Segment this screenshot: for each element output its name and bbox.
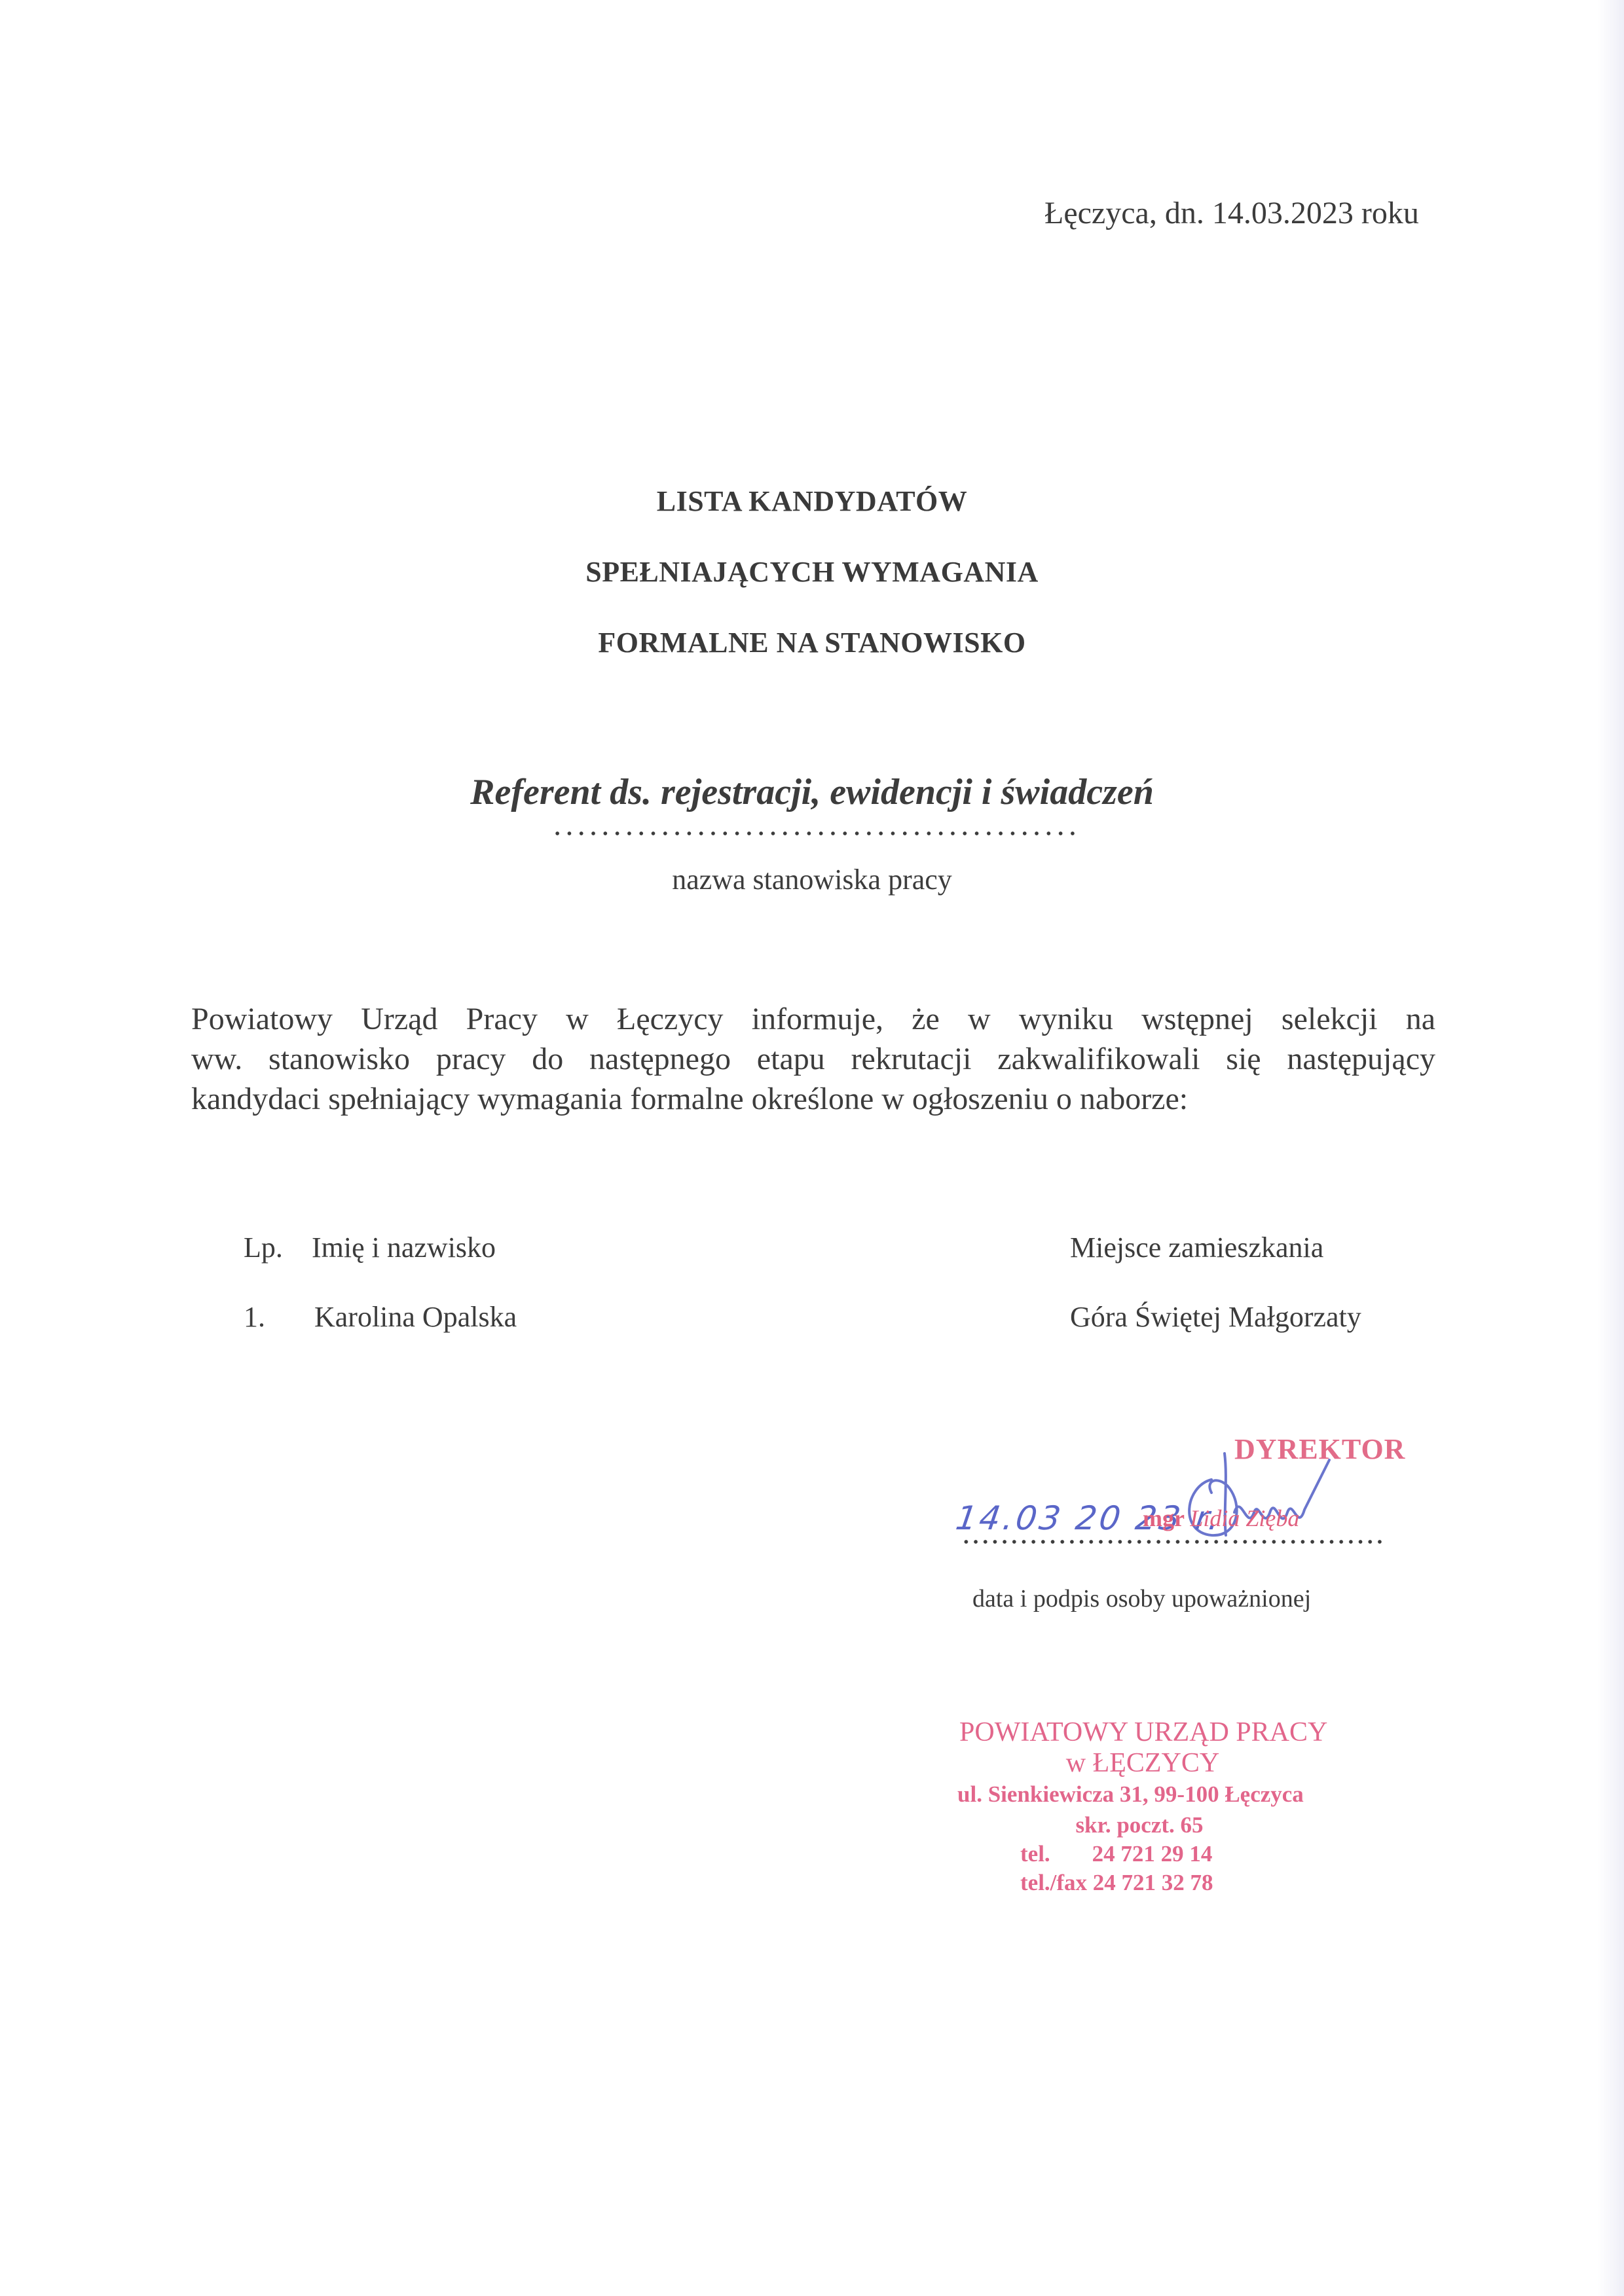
table-row: 1. Karolina Opalska Góra Świętej Małgorz… (244, 1300, 1409, 1370)
row-lp: 1. (244, 1300, 265, 1334)
header-place: Miejsce zamieszkania (1070, 1231, 1323, 1264)
stamp-phone-value: 24 721 29 14 (1092, 1841, 1213, 1867)
document-title-line-1: LISTA KANDYDATÓW (0, 484, 1624, 518)
office-stamp: POWIATOWY URZĄD PRACY w ŁĘCZYCY ul. Sien… (943, 1717, 1388, 1897)
paragraph-line: Powiatowy Urząd Pracy w Łęczycy informuj… (191, 999, 1435, 1039)
stamp-fax-label: tel./fax (1020, 1870, 1087, 1895)
stamp-po-box: skr. poczt. 65 (891, 1811, 1388, 1840)
stamp-address: ul. Sienkiewicza 31, 99-100 Łęczyca (943, 1778, 1388, 1811)
signatory-title: mgr (1143, 1505, 1184, 1531)
header-name: Imię i nazwisko (312, 1231, 496, 1264)
paragraph-line: kandydaci spełniający wymagania formalne… (191, 1079, 1435, 1119)
document-page: Łęczyca, dn. 14.03.2023 roku LISTA KANDY… (0, 0, 1624, 2296)
paragraph-line: ww. stanowisko pracy do następnego etapu… (191, 1039, 1435, 1079)
scan-edge-shading (1598, 0, 1624, 2296)
stamp-fax-value: 24 721 32 78 (1093, 1870, 1213, 1895)
document-title-line-3: FORMALNE NA STANOWISKO (0, 626, 1624, 659)
signatory-name: Lidia Zięba (1190, 1505, 1299, 1531)
position-name: Referent ds. rejestracji, ewidencji i św… (0, 771, 1624, 813)
place-and-date: Łęczyca, dn. 14.03.2023 roku (1044, 195, 1419, 231)
stamp-office-name: POWIATOWY URZĄD PRACY (943, 1717, 1388, 1748)
stamp-fax: tel./fax 24 721 32 78 (943, 1868, 1388, 1897)
position-dotted-line (551, 830, 1082, 837)
row-place: Góra Świętej Małgorzaty (1070, 1300, 1361, 1334)
signature-dotted-line (961, 1539, 1386, 1545)
document-title-line-2: SPEŁNIAJĄCYCH WYMAGANIA (0, 555, 1624, 589)
row-name: Karolina Opalska (314, 1300, 517, 1334)
stamp-phone-label: tel. (1020, 1841, 1050, 1867)
signature-caption: data i podpis osoby upoważnionej (972, 1584, 1311, 1613)
header-lp: Lp. (244, 1231, 283, 1264)
announcement-paragraph: Powiatowy Urząd Pracy w Łęczycy informuj… (191, 999, 1435, 1119)
stamp-phone: tel.24 721 29 14 (943, 1840, 1388, 1868)
signatory-stamp: mgr Lidia Zięba (1143, 1504, 1299, 1532)
table-header-row: Lp. Imię i nazwisko Miejsce zamieszkania (244, 1231, 1409, 1300)
candidates-table: Lp. Imię i nazwisko Miejsce zamieszkania… (244, 1231, 1409, 1370)
stamp-office-city: w ŁĘCZYCY (897, 1748, 1388, 1778)
position-caption: nazwa stanowiska pracy (0, 863, 1624, 896)
